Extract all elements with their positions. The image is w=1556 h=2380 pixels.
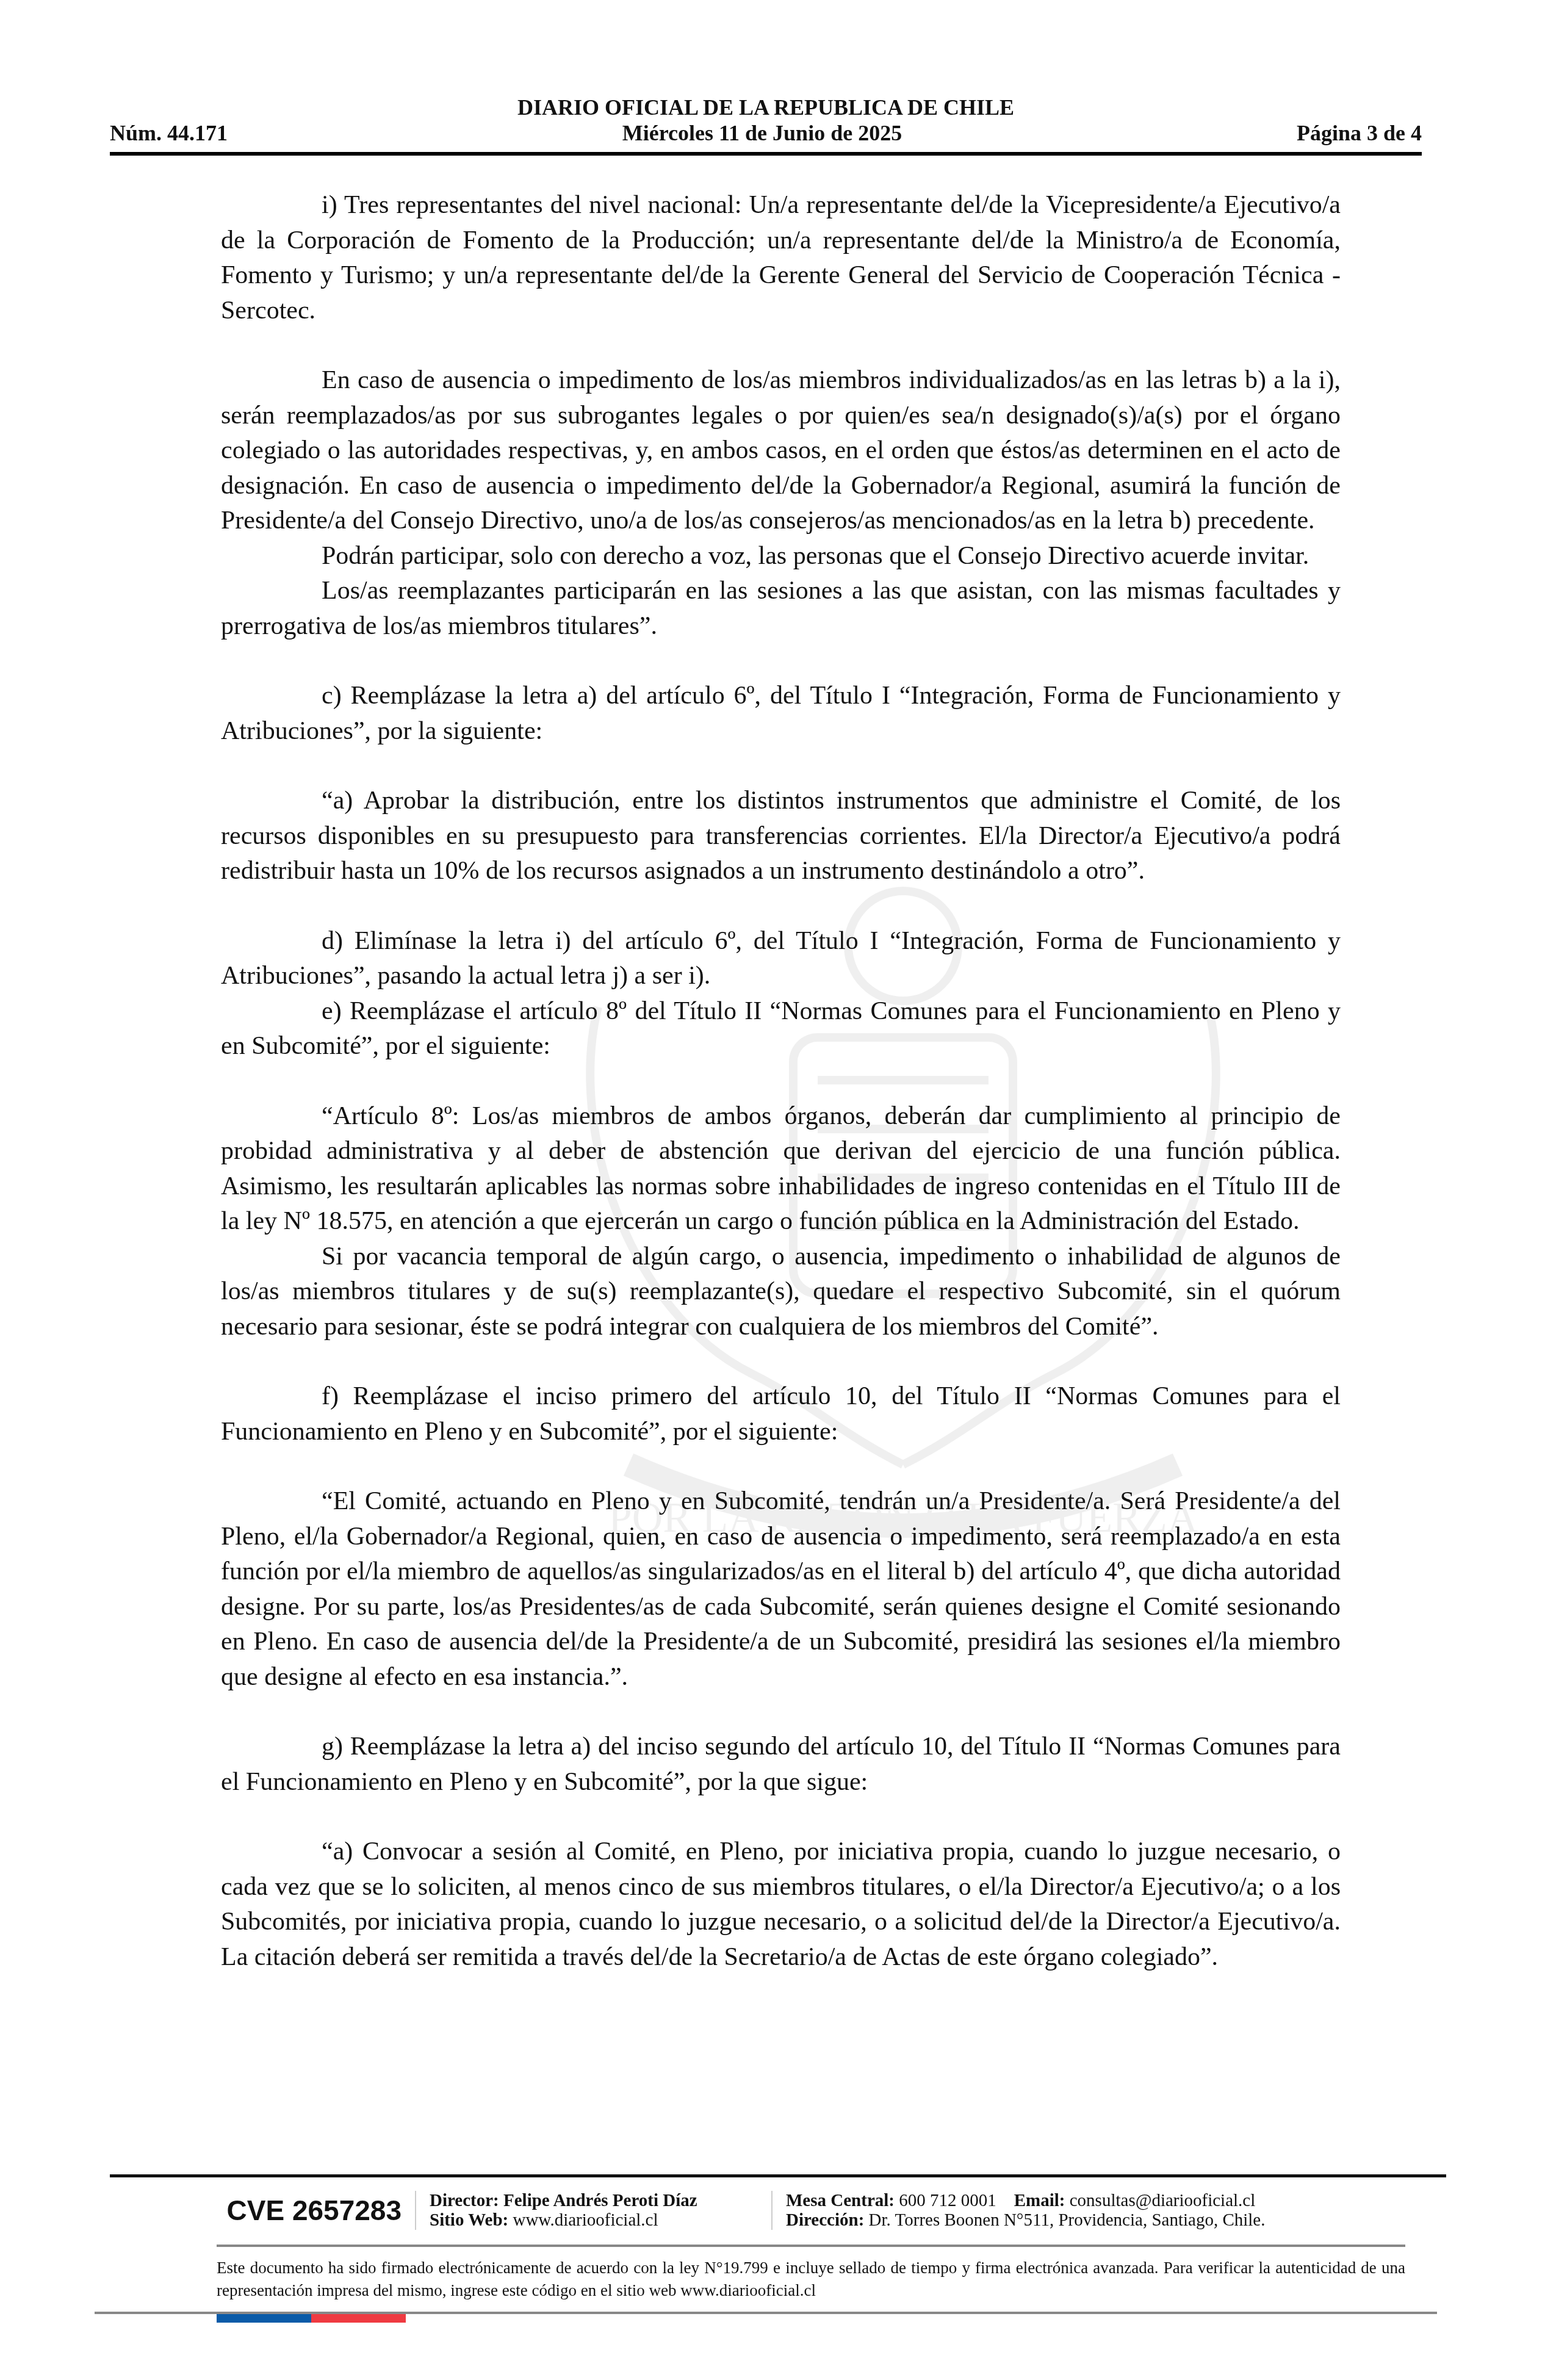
spacer [221,644,1341,679]
spacer [221,749,1341,784]
flag-red-segment [311,2314,406,2323]
paragraph-ausencia: En caso de ausencia o impedimento de los… [221,363,1341,539]
paragraph-participar: Podrán participar, solo con derecho a vo… [221,539,1341,574]
footer-divider-mid [217,2245,1405,2247]
director-label: Director: [430,2191,499,2210]
issue-number: Núm. 44.171 [110,120,228,146]
header-divider [110,152,1422,156]
spacer [221,1695,1341,1729]
paragraph-vacancia: Si por vacancia temporal de algún cargo,… [221,1239,1341,1345]
header-meta-row: Núm. 44.171 Miércoles 11 de Junio de 202… [110,120,1422,146]
director-block: Director: Felipe Andrés Peroti Díaz Siti… [416,2191,771,2230]
paragraph-c: c) Reemplázase la letra a) del artículo … [221,679,1341,749]
email-link[interactable]: consultas@diariooficial.cl [1070,2191,1256,2210]
website-link[interactable]: www.diariooficial.cl [513,2210,658,2230]
spacer [221,889,1341,924]
paragraph-c-quote: “a) Aprobar la distribución, entre los d… [221,784,1341,889]
flag-blue-segment [217,2314,311,2323]
spacer [221,328,1341,363]
publication-title: DIARIO OFICIAL DE LA REPUBLICA DE CHILE [110,95,1422,120]
paragraph-reemplazantes: Los/as reemplazantes participarán en las… [221,574,1341,644]
phone-label: Mesa Central: [786,2191,895,2210]
spacer [221,1064,1341,1099]
document-body: i) Tres representantes del nivel naciona… [221,188,1341,1975]
cve-code: CVE 2657283 [110,2194,415,2227]
footer-contact-row: CVE 2657283 Director: Felipe Andrés Pero… [110,2191,1446,2230]
page-header: DIARIO OFICIAL DE LA REPUBLICA DE CHILE … [110,95,1422,156]
page-indicator: Página 3 de 4 [1297,120,1422,146]
spacer [221,1344,1341,1379]
paragraph-articulo-8: “Artículo 8º: Los/as miembros de ambos ó… [221,1099,1341,1239]
paragraph-f: f) Reemplázase el inciso primero del art… [221,1379,1341,1449]
website-label: Sitio Web: [430,2210,508,2230]
flag-stripe [217,2314,1446,2323]
issue-date: Miércoles 11 de Junio de 2025 [622,120,902,146]
spacer [221,1449,1341,1484]
address-label: Dirección: [786,2210,864,2230]
email-label: Email: [1014,2191,1065,2210]
paragraph-i: i) Tres representantes del nivel naciona… [221,188,1341,328]
contact-block: Mesa Central: 600 712 0001 Email: consul… [773,2191,1446,2230]
legal-notice: Este documento ha sido firmado electróni… [217,2257,1405,2302]
spacer [221,1800,1341,1834]
paragraph-d: d) Elimínase la letra i) del artículo 6º… [221,924,1341,994]
address: Dr. Torres Boonen N°511, Providencia, Sa… [869,2210,1266,2230]
footer-divider [110,2174,1446,2177]
paragraph-e: e) Reemplázase el artículo 8º del Título… [221,994,1341,1064]
director-name: Felipe Andrés Peroti Díaz [503,2191,697,2210]
paragraph-g-quote: “a) Convocar a sesión al Comité, en Plen… [221,1834,1341,1975]
phone-number: 600 712 0001 [899,2191,996,2210]
page-footer: CVE 2657283 Director: Felipe Andrés Pero… [110,2174,1446,2323]
paragraph-g: g) Reemplázase la letra a) del inciso se… [221,1729,1341,1800]
paragraph-f-quote: “El Comité, actuando en Pleno y en Subco… [221,1484,1341,1695]
